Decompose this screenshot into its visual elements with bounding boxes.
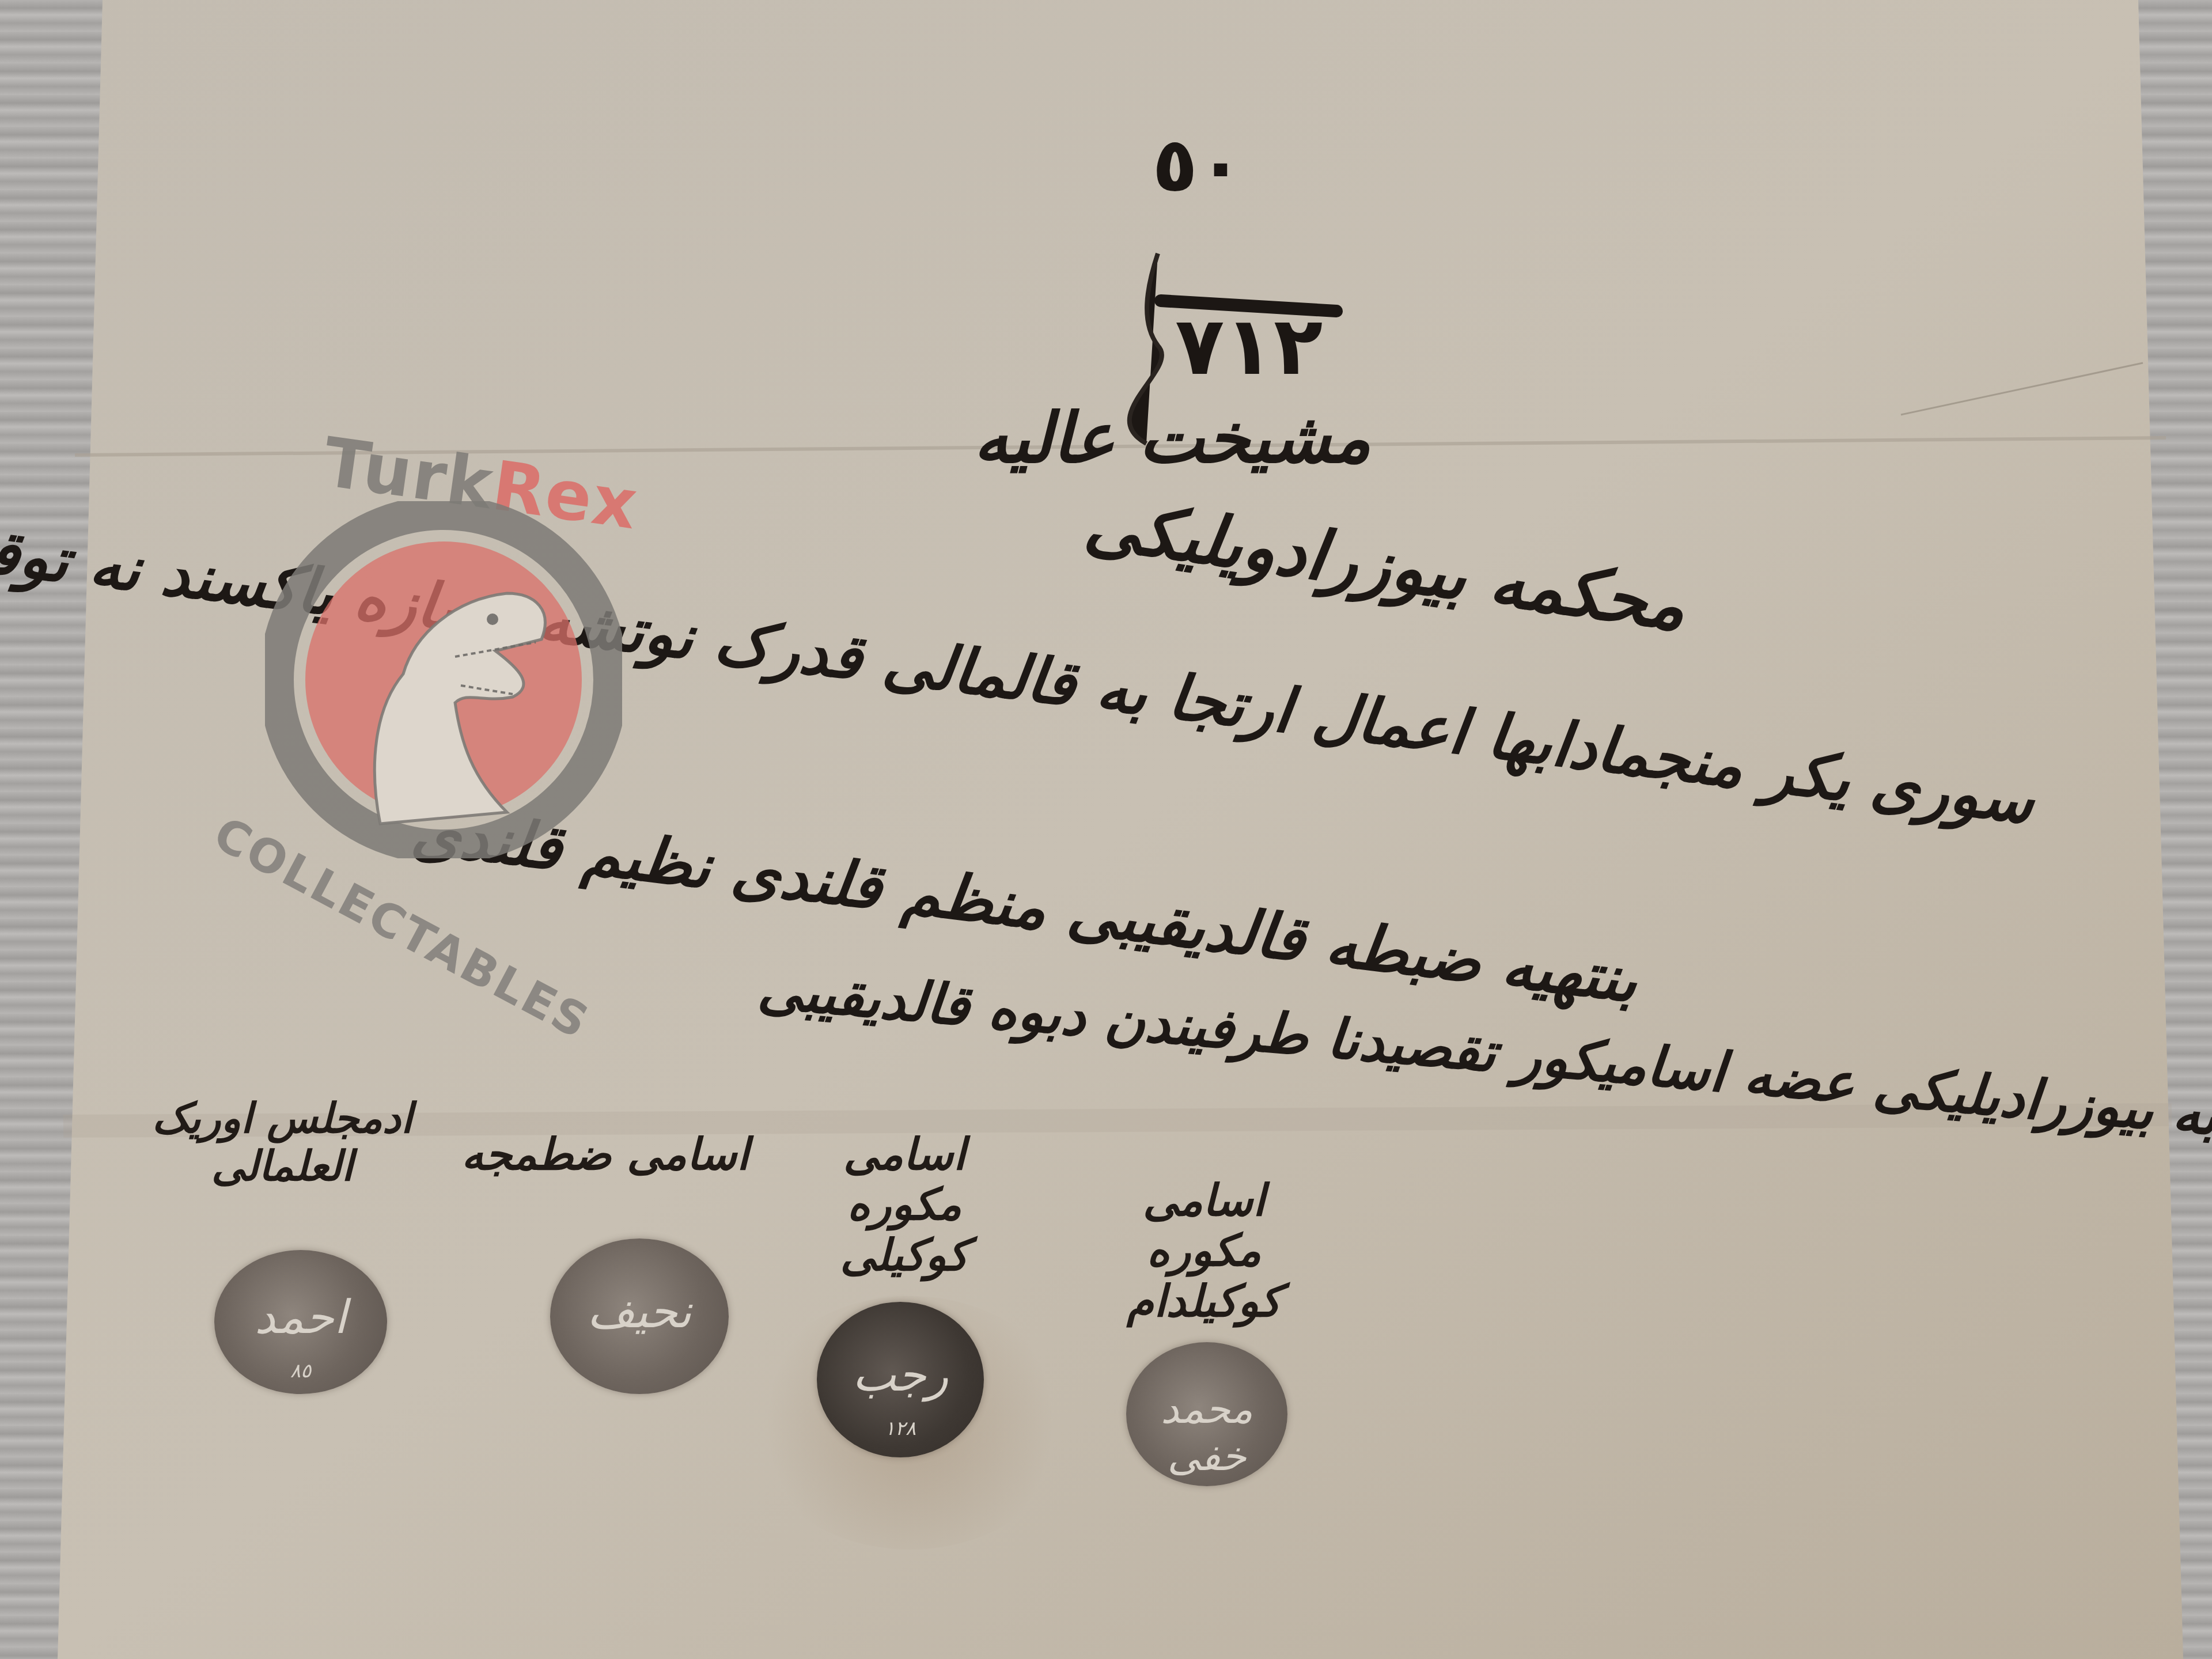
signature-label-4: اسامی مکوره کوکیلدام — [1083, 1175, 1325, 1326]
seal-3-text: رجب — [817, 1348, 984, 1402]
seal-2: نحیف — [550, 1238, 729, 1394]
signature-label-3: اسامی مکوره کوکیلی — [795, 1129, 1014, 1280]
seal-3: رجب ١٢٨ — [817, 1302, 984, 1457]
signature-label-1: ادمجلس اوریک العلمالی — [138, 1094, 426, 1190]
seal-1-year: ٨٥ — [214, 1359, 387, 1382]
seal-1-text: احمد — [214, 1290, 387, 1344]
heading-line-1: مشیخت عالیه — [974, 397, 1371, 479]
seal-1: احمد ٨٥ — [214, 1250, 387, 1394]
seal-4: محمد خفی — [1126, 1342, 1287, 1486]
seal-4-text: محمد خفی — [1126, 1385, 1287, 1480]
registry-number: ٧١٢ — [1175, 300, 1323, 393]
seal-2-text: نحیف — [550, 1285, 729, 1338]
t-rex-icon — [265, 501, 622, 858]
watermark: TurkRex COLLECTABLES — [253, 444, 668, 962]
signature-label-2: اسامی ضطمجه — [507, 1129, 749, 1179]
seal-3-year: ١٢٨ — [817, 1417, 984, 1440]
document-number-top: ٥٠ — [1152, 121, 1244, 209]
